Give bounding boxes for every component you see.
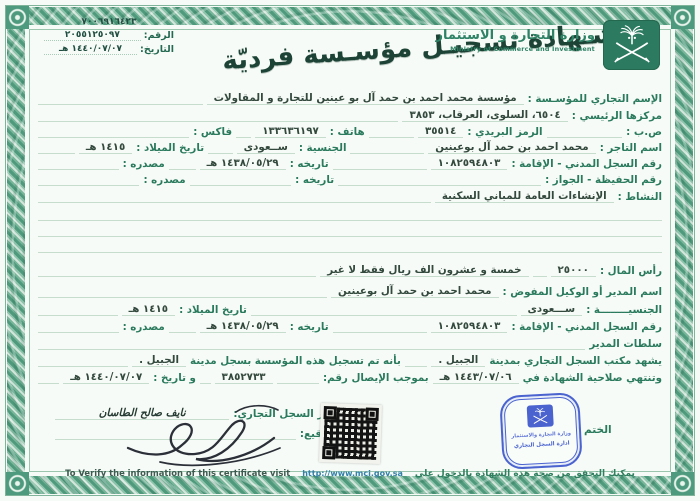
pobox-label: ص.ب :	[626, 126, 662, 138]
serial-number: ٧٠٠٦٩١٦٤٢٣	[44, 17, 174, 27]
manager-civil-id-label: رقم السجل المدني - الإقامة :	[511, 321, 662, 333]
ruled-blank-row	[38, 206, 662, 221]
merchant-value: محمد احمد بن حمد آل بوعينين	[428, 141, 595, 154]
blank-line	[38, 206, 662, 221]
capital-value: ٢٥٠٠٠	[551, 264, 596, 277]
capital-label: رأس المال :	[600, 265, 662, 277]
blank-line	[38, 155, 119, 170]
birth-date-value: ١٤١٥ هـ	[79, 141, 132, 154]
blank-line	[38, 90, 203, 105]
receipt-date-label: و تاريخ :	[153, 372, 196, 384]
registrar-name: نايف صالح الطاسان	[55, 407, 229, 420]
blank-line	[38, 222, 662, 237]
issue-date: ١٤٤٠/٠٧/٠٧ هـ	[44, 44, 137, 55]
field-manager-nationality: الجنسيــــــــة : ســـعودى تاريخ الميلاد…	[38, 301, 662, 316]
phone-value: ١٣٣٦٣٦١٩٧	[255, 125, 326, 138]
corner-rosette	[671, 6, 694, 29]
blank-line	[405, 352, 428, 367]
fax-label: فاكس :	[193, 126, 232, 138]
blank-line	[38, 107, 398, 122]
blank-line	[338, 171, 541, 186]
manager-label: اسم المدير أو الوكيل المفوض :	[503, 286, 662, 298]
signature-line	[55, 439, 296, 440]
stamp-text-office: ادارة السجل التجاري	[514, 441, 570, 450]
civil-id-value: ١٠٨٢٥٩٤٨٠٣	[431, 157, 508, 170]
capital-words-value: خمسة و عشرون الف ريال فقط لا غير	[320, 264, 528, 277]
passport-source-label: مصدره :	[143, 174, 185, 186]
field-head-office: مركزها الرئيسي : ٦٥٠٤، السلوى، العرقاب، …	[38, 107, 662, 122]
attestation-line: يشهد مكتب السجل التجاري بمدينة الجبيل . …	[38, 352, 662, 367]
qr-finder-icon	[323, 406, 336, 419]
qr-code	[319, 403, 382, 464]
document-numbers: ٧٠٠٦٩١٦٤٢٣ الرقم: ٢٠٥٥١٢٥٠٩٧ التاريخ: ١٤…	[44, 17, 174, 58]
attest-city-2: الجبيل .	[132, 354, 186, 367]
head-office-value: ٦٥٠٤، السلوى، العرقاب، ٣٨٥٣	[402, 109, 567, 122]
verification-footer: To Verify the information of this certif…	[38, 468, 662, 479]
manager-nationality-label: الجنسيــــــــة :	[586, 304, 662, 316]
civil-id-source-label: مصدره :	[123, 158, 165, 170]
attest-city-1: الجبيل .	[431, 354, 485, 367]
date-label: التاريخ:	[140, 44, 174, 55]
receipt-label: بموجب الإيصال رقم:	[323, 372, 429, 384]
blank-line	[251, 301, 517, 316]
field-manager-powers: سلطات المدير	[38, 335, 662, 350]
nationality-label: الجنسية :	[299, 142, 347, 154]
receipt-number-value: ٣٨٥٢٧٣٣	[215, 371, 273, 384]
blank-line	[533, 262, 547, 277]
manager-birth-value: ١٤١٥ هـ	[122, 303, 175, 316]
postal-code-label: الرمز البريدي :	[467, 126, 542, 138]
field-trade-name: الإسم التجاري للمؤسـسة : مؤسسة محمد احمد…	[38, 90, 662, 105]
manager-civil-id-date-label: تاريخه :	[290, 321, 329, 333]
blank-line	[38, 123, 189, 138]
blank-line	[38, 238, 662, 253]
stamp-text-ministry: وزارة التجارة والاستثمار	[511, 430, 571, 439]
field-merchant: اسم التاجر : محمد احمد بن حمد آل بوعينين…	[38, 139, 662, 154]
activity-value: الإنشاءات العامة للمباني السكنية	[435, 190, 614, 203]
registrar-block: مدير السجل التجاري: نايف صالح الطاسان ال…	[55, 407, 340, 448]
verify-text-english: To Verify the information of this certif…	[65, 468, 290, 478]
blank-line	[236, 123, 251, 138]
blank-line	[38, 352, 128, 367]
manager-powers-label: سلطات المدير	[589, 338, 662, 350]
qr-finder-icon	[322, 446, 335, 459]
blank-line	[208, 139, 233, 154]
verify-url: http://www.mci.gov.sa	[302, 469, 403, 478]
field-manager: اسم المدير أو الوكيل المفوض : محمد احمد …	[38, 283, 662, 298]
blank-line	[169, 155, 196, 170]
attest-text-2: بأنه تم تسجيل هذه المؤسسة بسجل مدينة	[190, 355, 401, 367]
ruled-blank-row	[38, 222, 662, 237]
nationality-value: ســعودى	[237, 141, 295, 154]
blank-line	[38, 262, 316, 277]
corner-rosette	[671, 472, 694, 495]
manager-nationality-value: ســـعودى	[521, 303, 583, 316]
postal-code-value: ٣٥٥١٤	[418, 125, 463, 138]
field-civil-id: رقم السجل المدني - الإقامة : ١٠٨٢٥٩٤٨٠٣ …	[38, 155, 662, 170]
blank-line	[369, 123, 414, 138]
saudi-emblem-icon	[603, 20, 660, 70]
civil-id-date-value: ١٤٣٨/٠٥/٢٩ هـ	[200, 157, 286, 170]
blank-line	[38, 188, 431, 203]
phone-label: هاتف :	[330, 126, 365, 138]
activity-label: النشاط :	[618, 191, 662, 203]
blank-line	[38, 301, 118, 316]
blank-line	[38, 171, 140, 186]
stamp-emblem-icon	[527, 404, 554, 427]
registration-number: ٢٠٥٥١٢٥٠٩٧	[44, 30, 141, 41]
blank-line	[200, 369, 211, 384]
ministry-header: وزارة التجارة و الاستثمار Ministry of Co…	[450, 20, 660, 70]
passport-label: رقم الحفيظة - الجواز :	[545, 174, 662, 186]
validity-line: وتنتهي صلاحية الشهادة في ١٤٤٣/٠٧/٠٦ هـ ب…	[38, 369, 662, 384]
trade-name-value: مؤسسة محمد احمد بن حمد آل بو عينين للتجا…	[207, 92, 524, 105]
blank-line	[38, 283, 327, 298]
certificate-page: ٧٠٠٦٩١٦٤٢٣ الرقم: ٢٠٥٥١٢٥٠٩٧ التاريخ: ١٤…	[0, 0, 700, 501]
qr-finder-icon	[365, 408, 378, 421]
blank-line	[190, 171, 292, 186]
verify-text-arabic: يمكنك التحقق من صحة هذه الشهادة بالدخول …	[415, 469, 635, 479]
birth-date-label: تاريخ الميلاد :	[136, 142, 204, 154]
field-activity: النشاط : الإنشاءات العامة للمباني السكني…	[38, 188, 662, 203]
blank-line	[169, 318, 196, 333]
head-office-label: مركزها الرئيسي :	[572, 110, 662, 122]
blank-line	[547, 123, 623, 138]
manager-birth-label: تاريخ الميلاد :	[179, 304, 247, 316]
validity-label: وتنتهي صلاحية الشهادة في	[523, 372, 662, 384]
field-manager-civil-id: رقم السجل المدني - الإقامة : ١٠٨٢٥٩٤٨٠٣ …	[38, 318, 662, 333]
corner-rosette	[6, 6, 29, 29]
field-contact: ص.ب : الرمز البريدي : ٣٥٥١٤ هاتف : ١٣٣٦٣…	[38, 123, 662, 138]
ruled-blank-row	[38, 238, 662, 253]
trade-name-label: الإسم التجاري للمؤسـسة :	[528, 93, 662, 105]
ministry-name-arabic: وزارة التجارة و الاستثمار	[450, 28, 595, 43]
seal-label: الختم	[584, 424, 612, 436]
manager-civil-id-date-value: ١٤٣٨/٠٥/٢٩ هـ	[200, 320, 286, 333]
attest-text-1: يشهد مكتب السجل التجاري بمدينة	[489, 355, 662, 367]
number-label: الرقم:	[144, 30, 174, 41]
blank-line	[277, 369, 319, 384]
official-stamp: وزارة التجارة والاستثمار ادارة السجل الت…	[499, 392, 583, 470]
blank-line	[38, 318, 119, 333]
corner-rosette	[6, 472, 29, 495]
merchant-label: اسم التاجر :	[600, 142, 662, 154]
civil-id-date-label: تاريخه :	[290, 158, 329, 170]
passport-date-label: تاريخه :	[295, 174, 334, 186]
receipt-date-value: ١٤٤٠/٠٧/٠٧ هـ	[63, 371, 149, 384]
manager-civil-id-value: ١٠٨٢٥٩٤٨٠٣	[431, 320, 508, 333]
blank-line	[333, 155, 427, 170]
manager-value: محمد احمد بن حمد آل بوعينين	[331, 285, 498, 298]
blank-line	[38, 139, 75, 154]
blank-line	[333, 318, 427, 333]
field-passport: رقم الحفيظة - الجواز : تاريخه : مصدره :	[38, 171, 662, 186]
blank-line	[38, 335, 585, 350]
ministry-name-english: Ministry of Commerce and Investment	[450, 45, 595, 53]
validity-date-value: ١٤٤٣/٠٧/٠٦ هـ	[433, 371, 519, 384]
blank-line	[350, 139, 424, 154]
field-capital: رأس المال : ٢٥٠٠٠ خمسة و عشرون الف ريال …	[38, 262, 662, 277]
blank-line	[38, 369, 59, 384]
manager-civil-id-source-label: مصدره :	[123, 321, 165, 333]
civil-id-label: رقم السجل المدني - الإقامة :	[511, 158, 662, 170]
